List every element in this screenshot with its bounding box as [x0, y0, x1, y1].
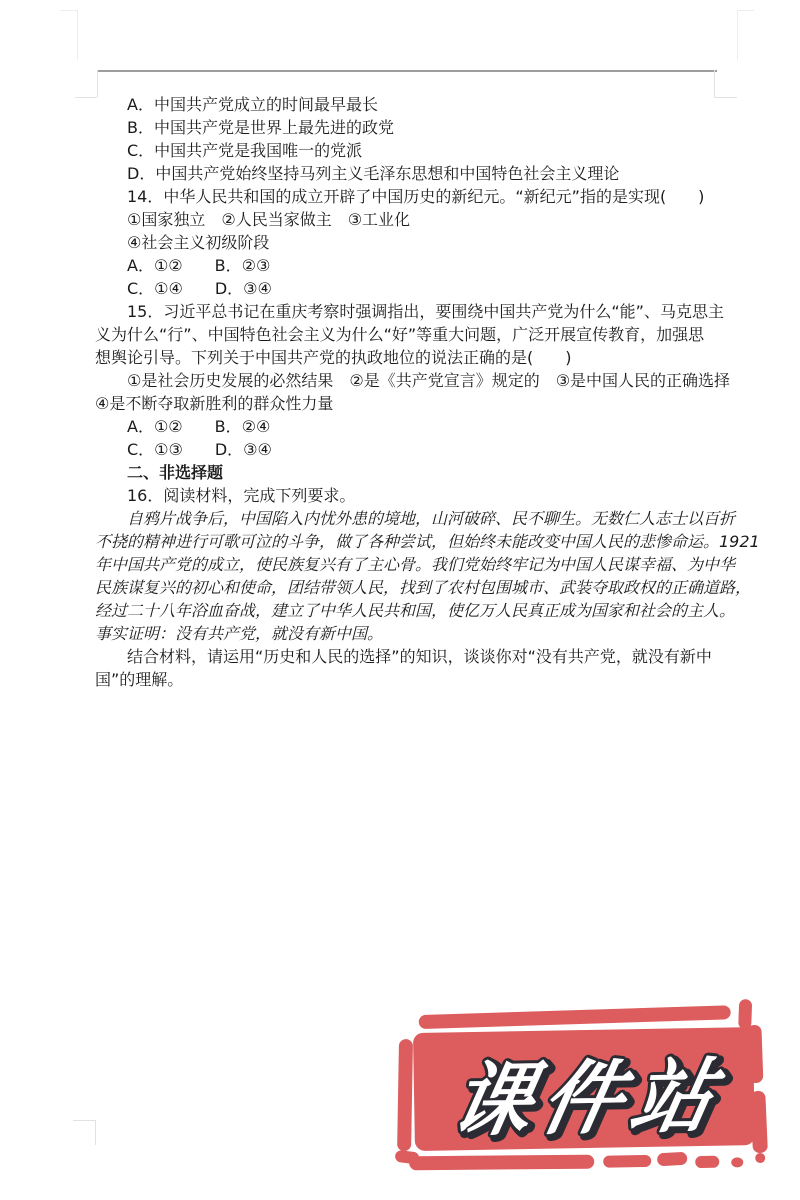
margin-corner-mark-bottom-left-v: [95, 1120, 96, 1145]
stamp-border-top: [419, 1005, 731, 1029]
document-line: 16．阅读材料，完成下列要求。: [95, 484, 725, 507]
document-page: A．中国共产党成立的时间最早最长B．中国共产党是世界上最先进的政党C．中国共产党…: [0, 0, 800, 1200]
margin-corner-mark-bottom-left-h: [73, 1120, 95, 1121]
document-line: C．中国共产党是我国唯一的党派: [95, 139, 725, 162]
document-line: C．①③ D．③④: [95, 438, 725, 461]
document-line: A．①② B．②④: [95, 415, 725, 438]
document-line: A．①② B．②③: [95, 254, 725, 277]
document-line: 14．中华人民共和国的成立开辟了中国历史的新纪元。“新纪元”指的是实现( ): [95, 185, 725, 208]
stamp-border-left: [397, 1039, 413, 1151]
document-line: ④是不断夺取新胜利的群众性力量: [95, 392, 725, 415]
document-line: 国”的理解。: [95, 668, 725, 691]
stamp-border-bottom-dash-4: [695, 1156, 719, 1168]
document-line: 15．习近平总书记在重庆考察时强调指出，要围绕中国共产党为什么“能”、马克思主: [95, 300, 725, 323]
stamp-text-graphic: 课件站 课件站: [413, 1027, 755, 1151]
document-line: C．①④ D．③④: [95, 277, 725, 300]
stamp-border-bottom-dash-3: [657, 1152, 688, 1167]
margin-corner-mark-top-left-h: [75, 97, 97, 98]
stamp-border-bottom-dash-2: [603, 1155, 651, 1168]
stamp-border-bottom-dash-1: [409, 1155, 594, 1171]
stamp-border-bottom-dot-2: [755, 1153, 765, 1163]
document-line: 二、非选择题: [95, 461, 725, 484]
document-line: 不挠的精神进行可歌可泣的斗争，做了各种尝试，但始终未能改变中国人民的悲惨命运。1…: [95, 530, 725, 553]
document-line: 事实证明：没有共产党，就没有新中国。: [95, 622, 725, 645]
document-line: ①国家独立 ②人民当家做主 ③工业化: [95, 208, 725, 231]
document-line: 民族谋复兴的初心和使命，团结带领人民，找到了农村包围城市、武装夺取政权的正确道路…: [95, 576, 725, 599]
document-line: 想舆论引导。下列关于中国共产党的执政地位的说法正确的是( ): [95, 346, 725, 369]
document-line: D．中国共产党始终坚持马列主义毛泽东思想和中国特色社会主义理论: [95, 162, 725, 185]
kejianzhan-stamp: 课件站 课件站: [394, 999, 777, 1184]
document-line: ①是社会历史发展的必然结果 ②是《共产党宣言》规定的 ③是中国人民的正确选择: [95, 369, 725, 392]
document-line: A．中国共产党成立的时间最早最长: [95, 93, 725, 116]
document-line: 自鸦片战争后，中国陷入内忧外患的境地，山河破碎、民不聊生。无数仁人志士以百折: [95, 507, 725, 530]
prev-page-right-boundary-tick: [737, 10, 754, 11]
exam-text-block: A．中国共产党成立的时间最早最长B．中国共产党是世界上最先进的政党C．中国共产党…: [95, 93, 725, 691]
document-line: 经过二十八年浴血奋战，建立了中华人民共和国，使亿万人民真正成为国家和社会的主人。: [95, 599, 725, 622]
prev-page-left-boundary-tick: [60, 10, 77, 11]
prev-page-right-boundary-mark: [737, 10, 738, 60]
stamp-text: 课件站: [443, 1050, 731, 1148]
prev-page-left-boundary-mark: [77, 10, 78, 60]
page-separator-line: [97, 70, 717, 72]
document-line: ④社会主义初级阶段: [95, 231, 725, 254]
document-line: B．中国共产党是世界上最先进的政党: [95, 116, 725, 139]
document-line: 义为什么“行”、中国特色社会主义为什么“好”等重大问题，广泛开展宣传教育，加强思: [95, 323, 725, 346]
document-line: 年中国共产党的成立，使民族复兴有了主心骨。我们党始终牢记为中国人民谋幸福、为中华: [95, 553, 725, 576]
document-line: 结合材料，请运用“历史和人民的选择”的知识，谈谈你对“没有共产党，就没有新中: [95, 645, 725, 668]
stamp-border-bottom-dot-1: [731, 1157, 743, 1167]
